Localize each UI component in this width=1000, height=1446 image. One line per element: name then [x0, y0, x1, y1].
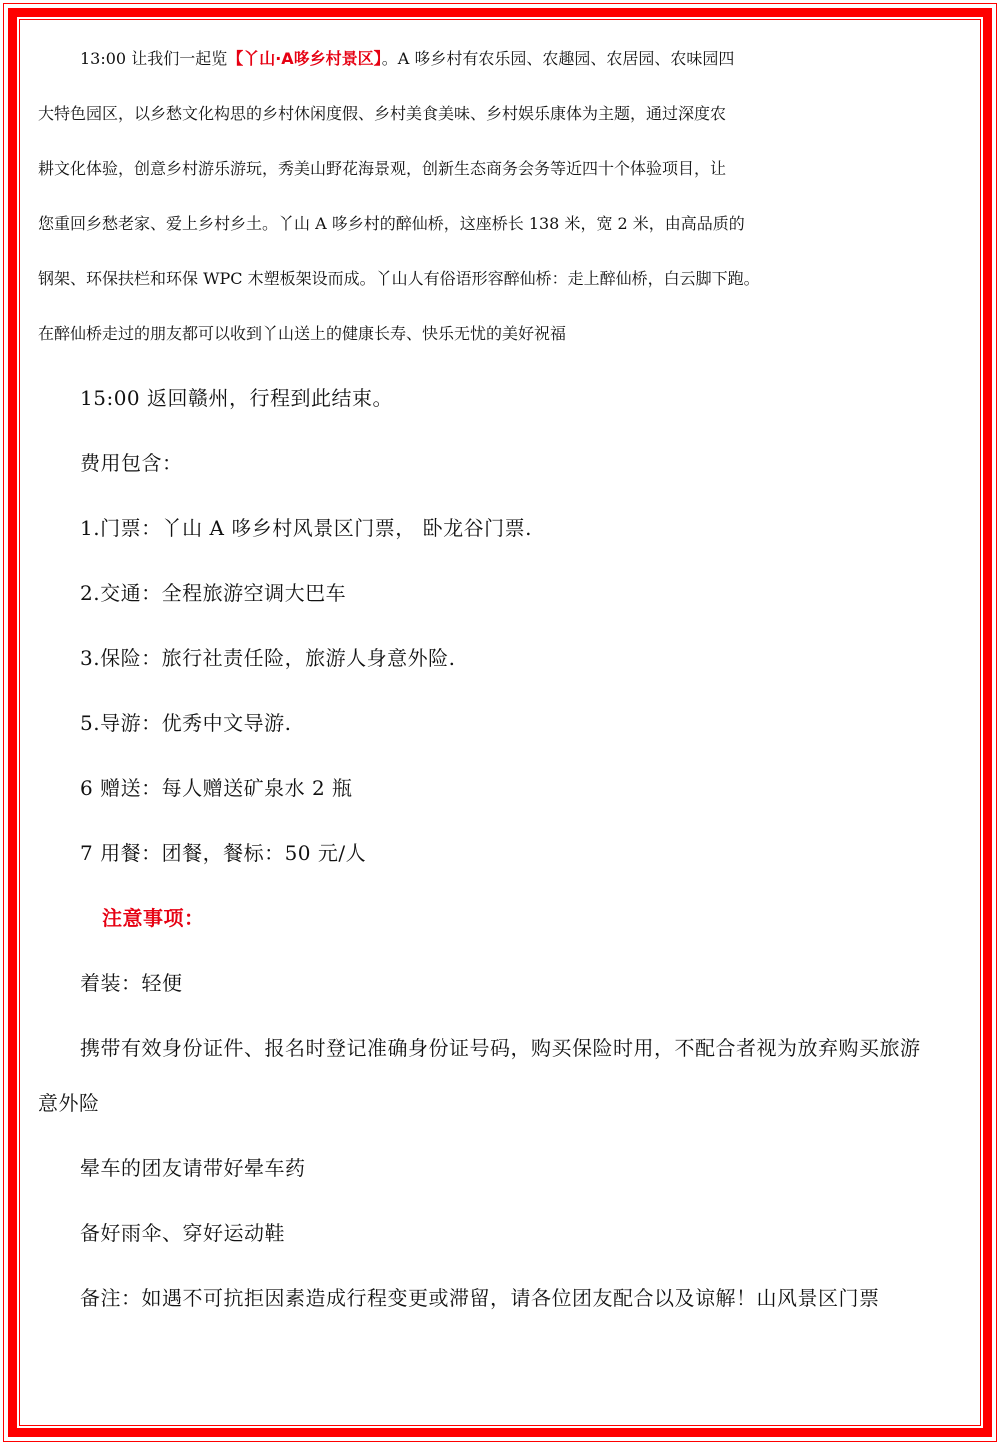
- intro-line-4: 您重回乡愁老家、爱上乡村乡土。丫山 A 哆乡村的醉仙桥，这座桥长 138 米，宽…: [38, 207, 974, 240]
- fee-item-tickets: 1.门票：丫山 A 哆乡村风景区门票， 卧龙谷门票.: [38, 512, 974, 545]
- intro-line-6: 在醉仙桥走过的朋友都可以收到丫山送上的健康长寿、快乐无忧的美好祝福: [38, 317, 974, 350]
- return-line: 15:00 返回赣州，行程到此结束。: [38, 382, 974, 415]
- document-body: 13:00 让我们一起览【丫山·A哆乡村景区】。A 哆乡村有农乐园、农趣园、农居…: [38, 22, 974, 1315]
- intro-line-1: 13:00 让我们一起览【丫山·A哆乡村景区】。A 哆乡村有农乐园、农趣园、农居…: [38, 42, 974, 75]
- note-remarks: 备注：如遇不可抗拒因素造成行程变更或滞留，请各位团友配合以及谅解！山风景区门票: [38, 1282, 974, 1315]
- fee-item-insurance: 3.保险：旅行社责任险，旅游人身意外险.: [38, 642, 974, 675]
- note-id-documents-cont: 意外险: [38, 1087, 974, 1120]
- notes-heading: 注意事项：: [38, 902, 974, 935]
- intro-line-2: 大特色园区，以乡愁文化构思的乡村休闲度假、乡村美食美味、乡村娱乐康体为主题，通过…: [38, 97, 974, 130]
- intro-lead: 让我们一起览: [131, 49, 227, 68]
- itinerary-intro-paragraph: 13:00 让我们一起览【丫山·A哆乡村景区】。A 哆乡村有农乐园、农趣园、农居…: [38, 42, 974, 350]
- fee-item-guide: 5.导游：优秀中文导游.: [38, 707, 974, 740]
- scenic-area-highlight: 【丫山·A哆乡村景区】: [227, 49, 381, 68]
- note-clothing: 着装：轻便: [38, 967, 974, 1000]
- fees-heading: 费用包含：: [38, 447, 974, 480]
- intro-time: 13:00: [80, 49, 126, 68]
- fee-item-transport: 2.交通：全程旅游空调大巴车: [38, 577, 974, 610]
- fee-item-meals: 7 用餐：团餐，餐标：50 元/人: [38, 837, 974, 870]
- intro-line-1-rest: 。A 哆乡村有农乐园、农趣园、农居园、农味园四: [382, 49, 735, 68]
- intro-line-3: 耕文化体验，创意乡村游乐游玩，秀美山野花海景观，创新生态商务会务等近四十个体验项…: [38, 152, 974, 185]
- fee-item-gift: 6 赠送：每人赠送矿泉水 2 瓶: [38, 772, 974, 805]
- note-motion-sickness: 晕车的团友请带好晕车药: [38, 1152, 974, 1185]
- note-id-documents: 携带有效身份证件、报名时登记准确身份证号码，购买保险时用，不配合者视为放弃购买旅…: [38, 1032, 974, 1065]
- note-rain-gear: 备好雨伞、穿好运动鞋: [38, 1217, 974, 1250]
- intro-line-5: 钢架、环保扶栏和环保 WPC 木塑板架设而成。丫山人有俗语形容醉仙桥：走上醉仙桥…: [38, 262, 974, 295]
